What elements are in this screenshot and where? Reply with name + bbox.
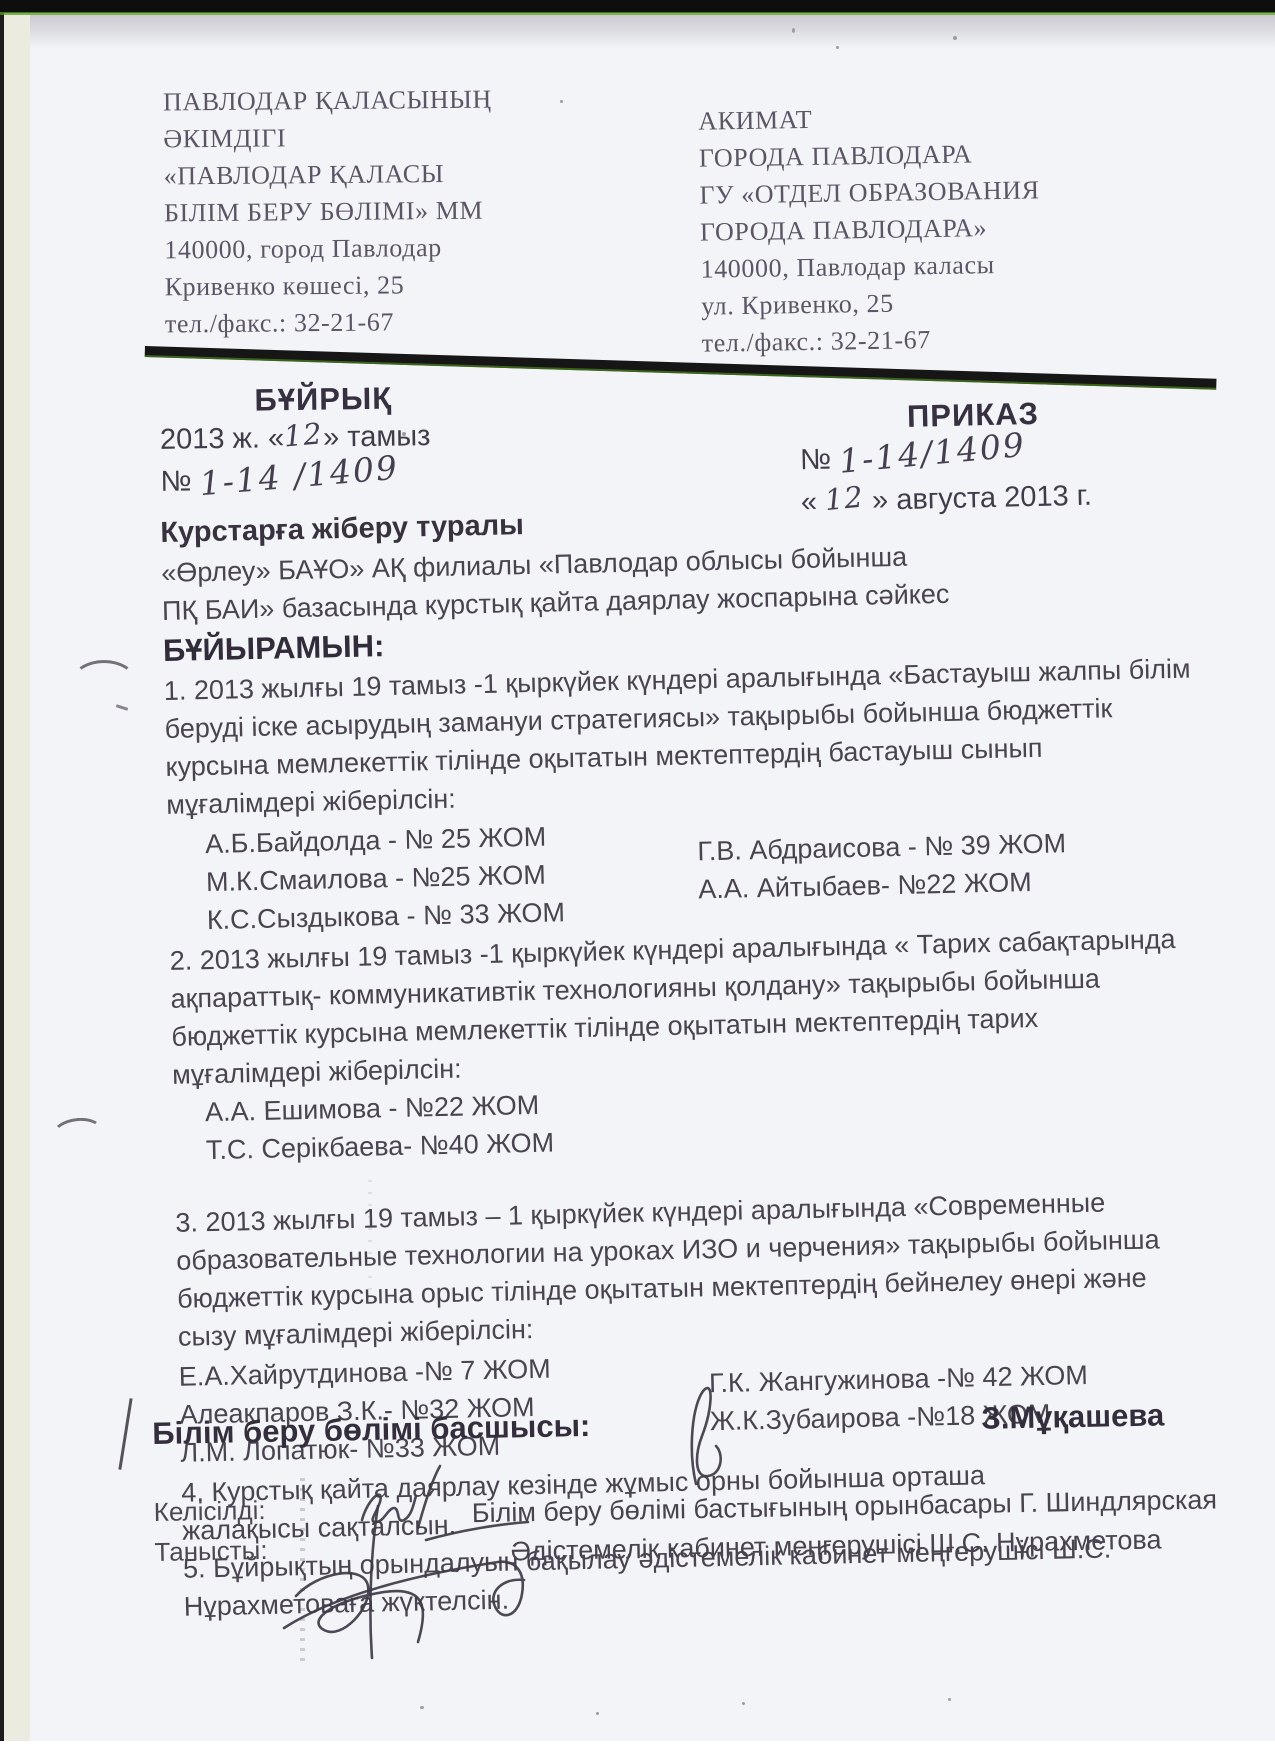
agreed-label: Келісілді:: [153, 1490, 267, 1532]
letterhead-line: ӘКІМДІГІ: [163, 118, 492, 158]
order-title-kk: БҰЙРЫҚ: [254, 380, 430, 418]
scan-artifact-arc: [50, 1115, 105, 1152]
letterhead-line: тел./факс.: 32-21-67: [165, 303, 494, 343]
scan-speck: [402, 432, 406, 436]
scan-edge-top-green: [0, 12, 1275, 15]
letterhead-line: тел./факс.: 32-21-67: [701, 319, 1042, 361]
handwritten-number: 1-14/1409: [837, 424, 1027, 482]
scan-speck: [596, 1712, 599, 1715]
letterhead-line: ГУ «ОТДЕЛ ОБРАЗОВАНИЯ: [699, 171, 1040, 213]
scan-artifact-tick: [116, 704, 128, 711]
order-number-ru: № 1-14/1409: [799, 431, 1091, 482]
letterhead-line: БІЛІМ БЕРУ БӨЛІМІ» ММ: [164, 192, 493, 232]
scan-shadow-top: [0, 15, 1275, 49]
pen-stroke: [118, 1398, 132, 1470]
scan-artifact-arc: [72, 660, 136, 702]
scan-edge-left: [0, 6, 30, 1750]
acquainted-signature-ink: [276, 1500, 556, 1670]
scanned-order-document: ПАВЛОДАР ҚАЛАСЫНЫҢ ӘКІМДІГІ «ПАВЛОДАР ҚА…: [0, 0, 1275, 1750]
letterhead-line: АКИМАТ: [698, 97, 1039, 139]
head-signature-ink: [668, 1380, 758, 1500]
order-number-kk: № 1-14 /1409: [160, 456, 431, 502]
item-2: 2. 2013 жылғы 19 тамыз -1 қыркүйек күнде…: [169, 920, 1194, 1170]
letterhead-kazakh: ПАВЛОДАР ҚАЛАСЫНЫҢ ӘКІМДІГІ «ПАВЛОДАР ҚА…: [163, 81, 494, 343]
letterhead-line: ГОРОДА ПАВЛОДАРА»: [700, 208, 1041, 250]
item-1: 1. 2013 жылғы 19 тамыз -1 қыркүйек күнде…: [163, 650, 1189, 940]
scan-speck: [948, 1698, 951, 1701]
letterhead-line: ПАВЛОДАР ҚАЛАСЫНЫҢ: [163, 81, 492, 121]
teacher-list-1: А.Б.Байдолда - № 25 ЖОМ М.К.Смаилова - №…: [167, 804, 1189, 940]
scan-speck: [742, 1702, 745, 1705]
scan-speck: [560, 100, 563, 103]
scan-noise-column: [368, 1180, 372, 1300]
order-header-kazakh: БҰЙРЫҚ 2013 ж. «12» тамыз № 1-14 /1409: [159, 380, 431, 502]
number-sign: №: [800, 443, 840, 476]
number-sign: №: [160, 465, 200, 498]
head-name: З.Мұқашева: [981, 1397, 1164, 1436]
letterhead-line: «ПАВЛОДАР ҚАЛАСЫ: [164, 155, 493, 195]
scan-edge-bottom: [0, 1741, 1275, 1750]
letterhead-line: ул. Кривенко, 25: [701, 282, 1042, 324]
handwritten-day: 12: [282, 414, 324, 456]
letterhead-russian: АКИМАТ ГОРОДА ПАВЛОДАРА ГУ «ОТДЕЛ ОБРАЗО…: [698, 97, 1042, 361]
acquainted-label: Танысты:: [154, 1530, 268, 1572]
letterhead-line: 140000, Павлодар каласы: [700, 245, 1041, 287]
letterhead-line: 140000, город Павлодар: [164, 229, 493, 269]
scan-speck: [420, 1706, 424, 1709]
letterhead-line: Кривенко көшесі, 25: [164, 266, 493, 306]
order-date-prefix: 2013 ж. «: [160, 422, 285, 456]
letterhead-line: ГОРОДА ПАВЛОДАРА: [699, 134, 1040, 176]
teacher-name: А.А. Айтыбаев- №22 ЖОМ: [698, 862, 1067, 908]
